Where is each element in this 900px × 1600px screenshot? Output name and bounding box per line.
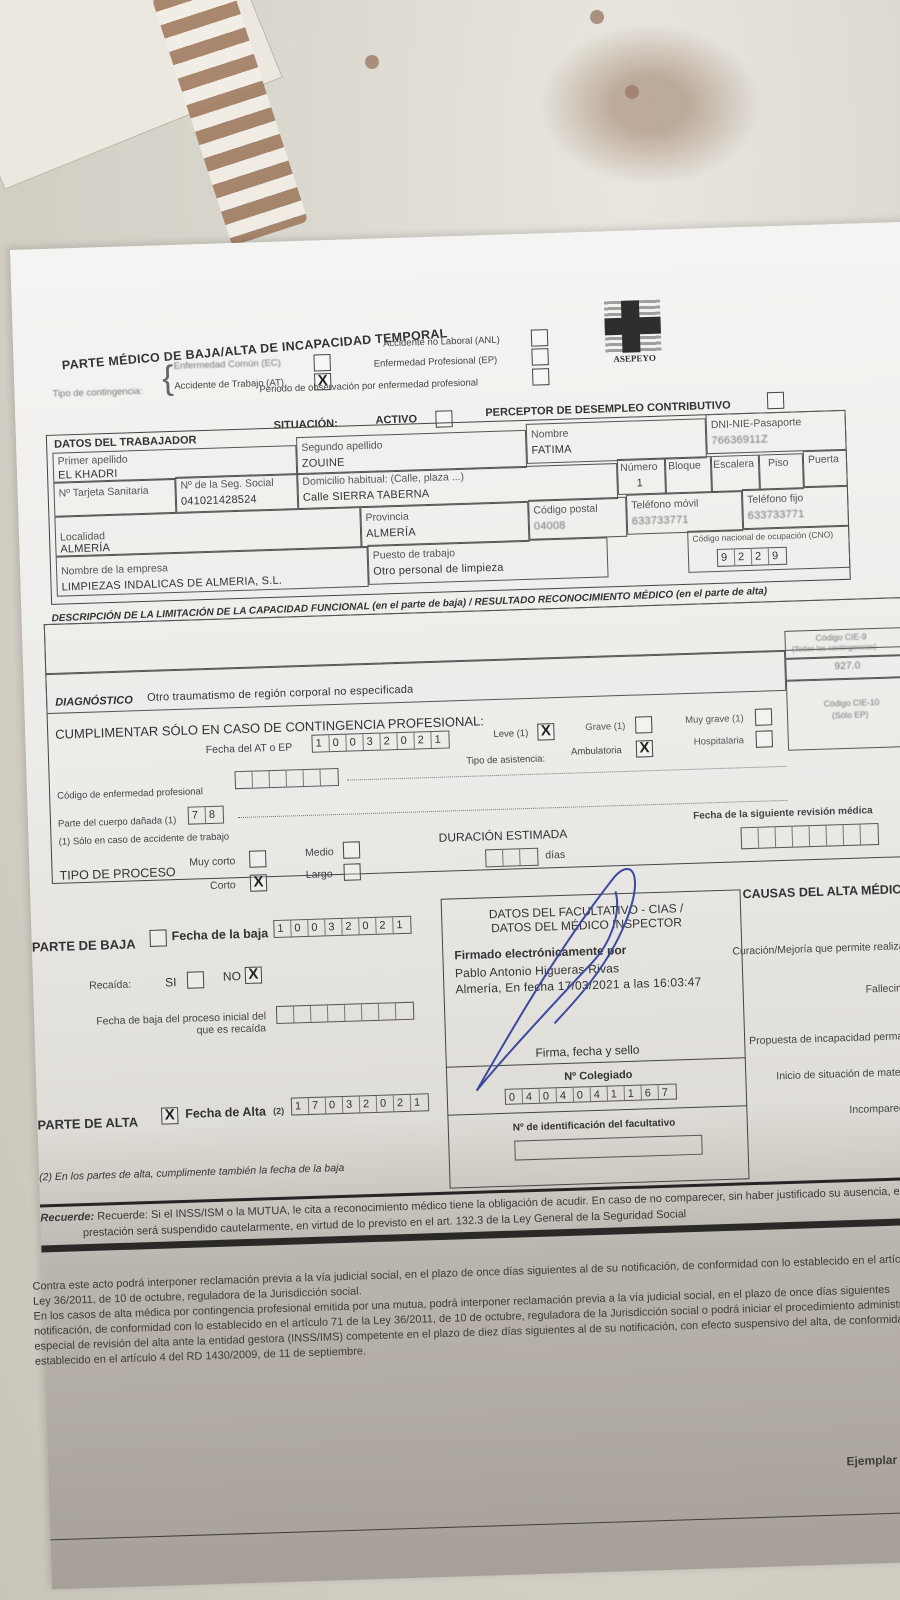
- fecha-baja-label: Fecha de la baja: [171, 926, 268, 943]
- ambulatoria-checkbox[interactable]: X: [636, 740, 654, 758]
- cie10-label: Código CIE-10: [823, 697, 879, 709]
- field-label: Nombre de la empresa: [61, 562, 168, 577]
- contingency-ep-checkbox[interactable]: [531, 348, 549, 366]
- cause-incapacidad: Propuesta de incapacidad permanente: [749, 1030, 900, 1048]
- cie10-sublabel: (Sólo EP): [832, 709, 869, 720]
- grave-label: Grave (1): [585, 721, 625, 733]
- perceptor-checkbox[interactable]: [767, 392, 785, 410]
- brace-icon: {: [162, 361, 174, 395]
- field-label: Nº de la Seg. Social: [180, 477, 273, 492]
- dias-label: días: [545, 849, 565, 862]
- logo-text: ASEPEYO: [604, 352, 666, 364]
- dni-field[interactable]: DNI-NIE-Pasaporte 76636911Z: [706, 410, 847, 454]
- field-label: Código nacional de ocupación (CNO): [692, 529, 833, 543]
- field-value: ZOUINE: [302, 457, 345, 470]
- corto-checkbox[interactable]: X: [250, 874, 268, 892]
- field-label: Escalera: [713, 458, 754, 471]
- blanket-butterfly-pattern: [520, 10, 780, 200]
- blanket-dot: [365, 55, 379, 69]
- muy-corto-checkbox[interactable]: [249, 850, 267, 868]
- cie10-field[interactable]: Código CIE-10 (Sólo EP): [786, 677, 900, 751]
- cie9-sublabel: (Todas las contingencias): [792, 642, 877, 654]
- field-label: Nº Tarjeta Sanitaria: [58, 485, 148, 500]
- field-label: Domicilio habitual: (Calle, plaza ...): [302, 471, 464, 488]
- field-label: Primer apellido: [57, 453, 127, 467]
- field-value: 76636911Z: [711, 433, 768, 447]
- largo-label: Largo: [306, 868, 333, 881]
- copy-label: Ejemplar para: [846, 1452, 900, 1468]
- contingency-observation-checkbox[interactable]: [532, 368, 550, 386]
- hospitalaria-label: Hospitalaria: [694, 735, 744, 748]
- alta-causes-title: CAUSAS DEL ALTA MÉDICA: [742, 882, 900, 901]
- field-value: ALMERÍA: [366, 526, 416, 540]
- cie9-label: Código CIE-9: [815, 631, 866, 643]
- fecha-baja-digits[interactable]: 10032021: [273, 916, 411, 938]
- field-label: Teléfono fijo: [747, 492, 803, 506]
- fecha-alta-label: Fecha de Alta: [185, 1104, 266, 1121]
- contingency-label: Tipo de contingencia:: [52, 386, 142, 400]
- parte-alta-label: PARTE DE ALTA: [37, 1114, 138, 1132]
- cross-logo-icon: ASEPEYO: [602, 299, 666, 363]
- codigo-ep-digits[interactable]: [234, 768, 339, 789]
- blanket-dot: [590, 10, 604, 24]
- field-value: 633733771: [748, 508, 805, 522]
- contingency-ep-label: Enfermedad Profesional (EP): [374, 355, 498, 370]
- cie9-value: 927.0: [834, 660, 860, 672]
- puesto-trabajo-field[interactable]: Puesto de trabajo Otro personal de limpi…: [367, 537, 608, 585]
- codigo-postal-field[interactable]: Código postal 04008: [528, 497, 627, 540]
- corto-label: Corto: [210, 879, 236, 892]
- ambulatoria-label: Ambulatoria: [571, 745, 622, 758]
- footer-divider: [51, 1511, 900, 1540]
- field-label: Piso: [768, 457, 789, 470]
- cause-maternidad: Inicio de situación de maternidad: [776, 1066, 900, 1083]
- contingency-observation-label: Periodo de observación por enfermedad pr…: [259, 377, 478, 395]
- bloque-field[interactable]: Bloque: [665, 456, 712, 493]
- medio-label: Medio: [305, 846, 334, 859]
- field-label: Puerta: [808, 453, 839, 466]
- muy-grave-label: Muy grave (1): [685, 713, 744, 726]
- recaida-no-label: NO: [223, 969, 241, 984]
- piso-field[interactable]: Piso: [759, 453, 804, 490]
- medio-checkbox[interactable]: [343, 841, 361, 859]
- parte-baja-label: PARTE DE BAJA: [32, 936, 136, 954]
- fecha-alta-digits[interactable]: 17032021: [291, 1093, 429, 1115]
- field-label: Número: [620, 461, 658, 474]
- alta-footnote: (2) En los partes de alta, cumplimente t…: [39, 1162, 344, 1184]
- cie9-label-cell: Código CIE-9 (Todas las contingencias): [784, 627, 900, 659]
- field-label: Código postal: [533, 503, 598, 517]
- field-value: 633733771: [632, 514, 689, 528]
- cause-fallecimiento: Fallecimiento: [865, 982, 900, 996]
- telefono-movil-field[interactable]: Teléfono móvil 633733771: [626, 491, 743, 535]
- escalera-field[interactable]: Escalera: [711, 455, 760, 492]
- tarjeta-sanitaria-field[interactable]: Nº Tarjeta Sanitaria: [53, 479, 176, 517]
- recaida-si-checkbox[interactable]: [187, 971, 205, 989]
- field-label: Segundo apellido: [301, 439, 382, 454]
- recaida-label: Recaída:: [89, 979, 131, 992]
- medical-leave-form: PARTE MÉDICO DE BAJA/ALTA DE INCAPACIDAD…: [10, 222, 900, 1590]
- field-value: FATIMA: [531, 443, 571, 456]
- field-label: Bloque: [668, 459, 701, 472]
- largo-checkbox[interactable]: [343, 863, 361, 881]
- contingency-ec-label: Enfermedad Común (EC): [174, 358, 281, 372]
- field-value: EL KHADRI: [58, 468, 118, 482]
- recaida-si-label: SI: [165, 975, 177, 989]
- fecha-inicial-digits[interactable]: [276, 1002, 414, 1024]
- puerta-field[interactable]: Puerta: [803, 450, 848, 487]
- parte-cuerpo-digits[interactable]: 78: [188, 806, 225, 825]
- fecha-alta-note: (2): [273, 1106, 284, 1116]
- seg-social-field[interactable]: Nº de la Seg. Social 041021428524: [175, 473, 298, 513]
- cause-incomparecencia: Incomparecencia: [849, 1102, 900, 1117]
- contingency-anl-label: Accidente no Laboral (ANL): [383, 335, 500, 350]
- field-value: 04008: [534, 520, 566, 533]
- muy-corto-label: Muy corto: [189, 855, 235, 868]
- duracion-digits[interactable]: [485, 848, 539, 868]
- field-label: DNI-NIE-Pasaporte: [711, 416, 802, 431]
- colegiado-label: Nº Colegiado: [564, 1069, 633, 1083]
- blanket-stripe: [152, 0, 308, 246]
- contingency-ec-checkbox[interactable]: [313, 354, 331, 372]
- field-label: Nombre: [531, 428, 569, 441]
- contingency-anl-checkbox[interactable]: [531, 329, 549, 347]
- cno-digits: 9229: [717, 547, 788, 567]
- numero-field[interactable]: Número 1: [617, 458, 666, 495]
- field-label: Provincia: [365, 511, 409, 524]
- field-label: Teléfono móvil: [631, 498, 698, 512]
- fecha-inicial-label-2: que es recaída: [196, 1022, 266, 1036]
- blanket-dot: [625, 85, 639, 99]
- field-label: Puesto de trabajo: [373, 547, 456, 562]
- field-value: Calle SIERRA TABERNA: [303, 488, 430, 504]
- grave-checkbox[interactable]: [635, 716, 653, 734]
- muy-grave-checkbox[interactable]: [755, 708, 773, 726]
- field-value: 041021428524: [181, 493, 257, 507]
- field-value: 1: [636, 477, 643, 489]
- parte-baja-checkbox[interactable]: [149, 929, 167, 947]
- field-value: Otro personal de limpieza: [373, 562, 504, 578]
- diagnosis-label: DIAGNÓSTICO: [55, 694, 133, 708]
- recaida-no-checkbox[interactable]: X: [245, 966, 263, 984]
- leve-checkbox[interactable]: X: [537, 723, 555, 741]
- cause-curacion: Curación/Mejoría que permite realizar su…: [732, 937, 900, 957]
- parte-alta-checkbox[interactable]: X: [161, 1107, 179, 1125]
- revision-digits[interactable]: [740, 823, 879, 849]
- field-value: ALMERÍA: [60, 542, 110, 556]
- leve-label: Leve (1): [493, 728, 528, 740]
- telefono-fijo-field[interactable]: Teléfono fijo 633733771: [742, 486, 849, 529]
- cno-field[interactable]: Código nacional de ocupación (CNO) 9229: [687, 526, 850, 573]
- diagnosis-value: Otro traumatismo de región corporal no e…: [147, 684, 414, 704]
- hospitalaria-checkbox[interactable]: [755, 730, 773, 748]
